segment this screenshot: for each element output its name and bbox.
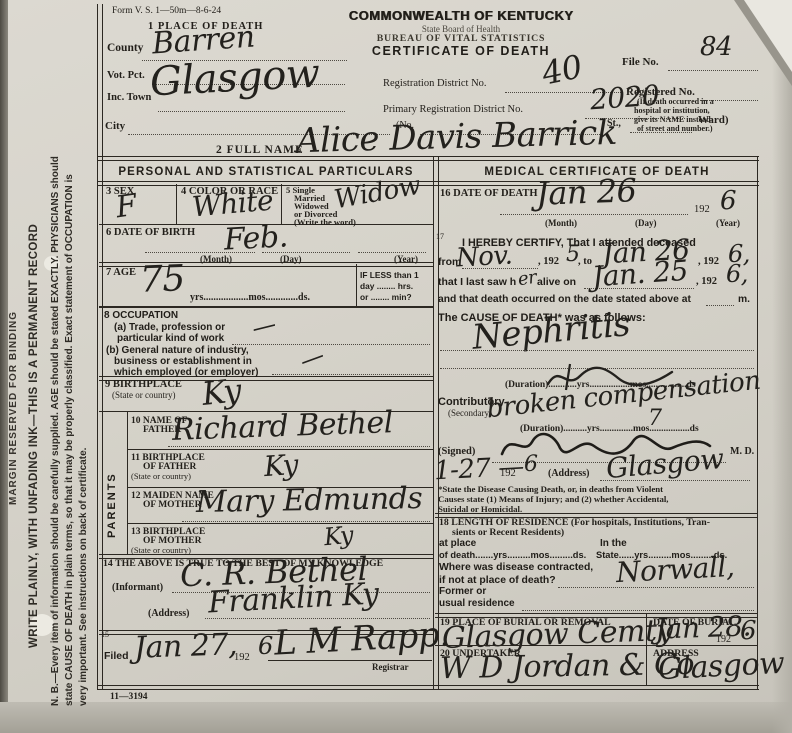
mother-birthplace-value: Ky bbox=[323, 523, 354, 549]
ward-label: Ward) bbox=[698, 114, 729, 126]
last-saw-date-value: Jan. 25 bbox=[591, 257, 689, 292]
disease-contracted-label: Where was disease contracted, bbox=[439, 562, 593, 573]
primary-registration-label: Primary Registration District No. bbox=[383, 104, 523, 115]
undertaker-value: W D Jordan & Co bbox=[440, 650, 695, 684]
usual-residence-label: usual residence bbox=[439, 598, 515, 609]
marital-label-line5: (Write the word) bbox=[294, 217, 356, 227]
county-label: County bbox=[107, 42, 143, 54]
informant-label: (Informant) bbox=[112, 582, 163, 593]
undertaker-address-value: Glasgow bbox=[657, 649, 785, 686]
filed-year-print: 192 bbox=[234, 652, 250, 663]
registration-district-label: Registration District No. bbox=[383, 78, 487, 89]
registration-district-value: 40 bbox=[539, 50, 585, 90]
dotted-line bbox=[630, 132, 692, 133]
file-no-value: 84 bbox=[700, 34, 732, 60]
residence-label-line2: sients or Recent Residents) bbox=[452, 527, 564, 538]
former-label: Former or bbox=[439, 586, 486, 597]
cell-divider bbox=[281, 184, 282, 224]
registrar-label: Registrar bbox=[372, 662, 408, 672]
full-name-label: 2 FULL NAME bbox=[216, 144, 304, 156]
death-occurred-label: and that death occurred on the date stat… bbox=[438, 294, 691, 305]
margin-binding-note: MARGIN RESERVED FOR BINDING bbox=[8, 255, 19, 505]
signed-address-label: (Address) bbox=[548, 468, 589, 479]
signed-year-hand: 6 bbox=[524, 454, 538, 476]
scan-edge-right bbox=[772, 0, 792, 733]
dob-year-label: (Year) bbox=[394, 254, 418, 264]
in-the-label: In the bbox=[600, 538, 627, 549]
scan-shadow-bottom bbox=[0, 702, 792, 733]
occupation-label: 8 OCCUPATION bbox=[104, 310, 178, 321]
if-not-at-place-label: if not at place of death? bbox=[439, 575, 556, 586]
occupation-line-a1: (a) Trade, profession or bbox=[114, 322, 225, 333]
dotted-line bbox=[262, 252, 350, 253]
birthplace-sublabel: (State or country) bbox=[112, 390, 175, 400]
margin-nb-note-line3: very important. See instructions on back… bbox=[78, 58, 89, 706]
md-label: M. D. bbox=[730, 446, 754, 457]
bureau-subtitle: BUREAU OF VITAL STATISTICS bbox=[330, 33, 592, 44]
footnote-line1: *State the Disease Causing Death, or, in… bbox=[438, 484, 663, 494]
last-saw-her-hand: er bbox=[517, 269, 538, 289]
footnote-line2: Causes state (1) Means of Injury; and (2… bbox=[438, 494, 669, 504]
dotted-line bbox=[706, 305, 734, 306]
if-less-line2: day ........ hrs. bbox=[360, 281, 413, 291]
dotted-line bbox=[500, 214, 688, 215]
rule-line bbox=[435, 645, 757, 646]
form-left-border bbox=[97, 4, 103, 690]
mother-name-label-line2: OF MOTHER bbox=[143, 500, 202, 510]
form-right-border bbox=[757, 156, 758, 690]
birthplace-value: Ky bbox=[200, 374, 242, 410]
filed-label: Filed bbox=[104, 650, 129, 662]
dotted-line bbox=[145, 252, 255, 253]
dotted-line bbox=[158, 111, 345, 112]
dotted-line bbox=[168, 446, 430, 447]
father-birthplace-value: Ky bbox=[263, 451, 299, 481]
vot-pct-label: Vot. Pct. bbox=[107, 70, 145, 81]
occupation-line-b1: (b) General nature of industry, bbox=[106, 345, 249, 356]
attended-from-year-print: , 192 bbox=[538, 256, 559, 267]
marital-value: Widow bbox=[332, 173, 422, 214]
dod-year-label: (Year) bbox=[716, 218, 740, 228]
sex-value: F bbox=[114, 191, 138, 224]
margin-permanent-record-note: WRITE PLAINLY, WITH UNFADING INK—THIS IS… bbox=[28, 30, 40, 648]
commonwealth-title: COMMONWEALTH OF KENTUCKY bbox=[330, 8, 592, 23]
filed-date-value: Jan 27, bbox=[134, 630, 238, 664]
age-label: 7 AGE bbox=[106, 267, 136, 278]
occupation-line-b2: business or establishment in bbox=[114, 356, 252, 367]
rule-line bbox=[99, 306, 433, 308]
dotted-line bbox=[272, 374, 430, 375]
dotted-line bbox=[668, 70, 758, 71]
dotted-line bbox=[440, 350, 754, 351]
alive-on-label: alive on bbox=[537, 276, 576, 288]
residence-at-death-row: of death.......yrs.........mos.........d… bbox=[439, 550, 586, 560]
dob-value: Feb. bbox=[223, 222, 288, 255]
contributory-secondary-label: (Secondary) bbox=[448, 408, 492, 418]
occupation-mark-b: — bbox=[297, 343, 327, 374]
parents-label: PARENTS bbox=[106, 428, 118, 538]
dotted-line bbox=[358, 252, 426, 253]
margin-nb-note-line2: state CAUSE OF DEATH in plain terms, so … bbox=[64, 58, 75, 706]
last-saw-year-print: , 192 bbox=[696, 276, 717, 287]
dotted-line bbox=[232, 344, 430, 345]
filed-item-number: 15 bbox=[101, 630, 109, 639]
double-rule bbox=[97, 156, 759, 161]
if-less-line3: or ........ min? bbox=[360, 292, 412, 302]
occupation-mark-a: — bbox=[249, 312, 278, 341]
dotted-line bbox=[182, 521, 430, 522]
inc-town-value: Glasgow bbox=[149, 54, 320, 103]
dod-month-label: (Month) bbox=[545, 218, 577, 228]
full-name-value: Alice Davis Barrick bbox=[296, 116, 618, 158]
race-value: White bbox=[191, 187, 274, 222]
burial-year-hand: 6 bbox=[740, 618, 756, 644]
father-birthplace-sublabel: (State or country) bbox=[131, 471, 191, 481]
dotted-line bbox=[558, 587, 754, 588]
scan-corner-tear-inner bbox=[744, 0, 792, 72]
burial-year-print: 192 bbox=[716, 634, 731, 645]
rule-line bbox=[127, 523, 433, 524]
margin-nb-note-line1: N. B.—Every item of information should b… bbox=[50, 58, 61, 706]
informant-address-value: Franklin Ky bbox=[207, 580, 379, 619]
mother-birthplace-sublabel: (State or country) bbox=[131, 545, 191, 555]
cell-divider bbox=[176, 184, 177, 224]
dob-label: 6 DATE OF BIRTH bbox=[106, 227, 195, 238]
occupation-line-a2: particular kind of work bbox=[117, 333, 224, 344]
scan-edge-left bbox=[0, 0, 8, 733]
date-of-death-year-print: 192 bbox=[694, 204, 710, 215]
dob-day-label: (Day) bbox=[280, 254, 302, 264]
hospital-note-line1: (If death occurred in a bbox=[637, 97, 714, 106]
age-value: 75 bbox=[139, 261, 185, 299]
death-certificate-scan: MARGIN RESERVED FOR BINDING WRITE PLAINL… bbox=[0, 0, 792, 733]
dod-day-label: (Day) bbox=[635, 218, 657, 228]
at-place-label: at place bbox=[439, 538, 476, 549]
death-occurred-m-label: m. bbox=[738, 294, 750, 305]
filed-year-hand: 6 bbox=[258, 634, 273, 658]
certify-item-number: 17 bbox=[436, 232, 444, 241]
date-of-death-value: Jan 26 bbox=[535, 174, 636, 209]
date-of-burial-value: Jan 28. bbox=[655, 612, 752, 643]
father-name-value: Richard Bethel bbox=[172, 408, 394, 446]
file-no-label: File No. bbox=[622, 56, 659, 68]
date-of-death-year-hand: 6 bbox=[720, 188, 736, 214]
age-units-label: yrs..................mos.............ds. bbox=[190, 292, 310, 303]
form-code: 11—3194 bbox=[110, 692, 147, 702]
informant-address-label: (Address) bbox=[148, 608, 189, 619]
registrar-signature: L M Rapp. bbox=[273, 617, 450, 660]
cell-divider bbox=[127, 411, 128, 554]
if-less-line1: IF LESS than 1 bbox=[360, 270, 419, 280]
signed-year-print: 192 bbox=[500, 468, 516, 479]
date-of-death-label: 16 DATE OF DEATH bbox=[440, 188, 538, 199]
city-label: City bbox=[105, 120, 125, 132]
attended-to-label: , to bbox=[578, 256, 592, 267]
inc-town-label: Inc. Town bbox=[107, 92, 151, 103]
rule-line bbox=[268, 660, 432, 661]
cell-divider bbox=[356, 264, 357, 306]
dob-month-label: (Month) bbox=[200, 254, 232, 264]
form-number: Form V. S. 1—50m—8-6-24 bbox=[112, 6, 221, 16]
last-saw-label: that I last saw h bbox=[438, 276, 516, 288]
attended-to-year-print: , 192 bbox=[698, 256, 719, 267]
birthplace-label: 9 BIRTHPLACE bbox=[105, 379, 182, 390]
disease-contracted-value: Norwall, bbox=[615, 553, 735, 587]
mother-name-value: Mary Edmunds bbox=[196, 484, 423, 518]
signed-address-value: Glasgow bbox=[605, 445, 725, 483]
last-saw-year-hand: 6, bbox=[726, 262, 748, 286]
